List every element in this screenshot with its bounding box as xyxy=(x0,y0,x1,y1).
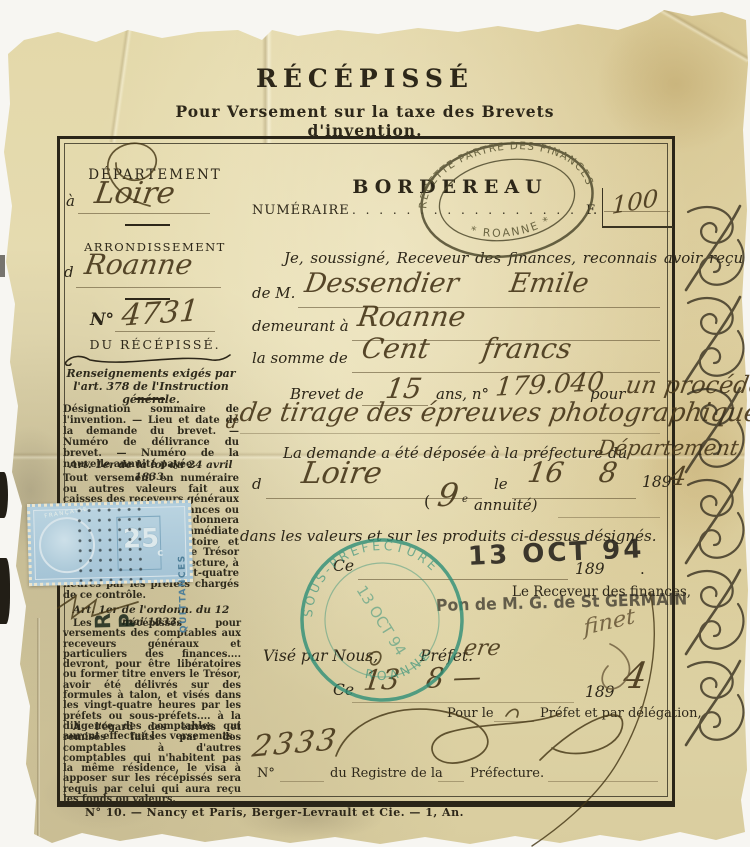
arrondissement-handwritten: Roanne xyxy=(82,248,195,281)
oval-recette-stamp: RECETTE PARTRE DES FINANCES * ROANNE * xyxy=(404,125,609,274)
torn-edge-shadow xyxy=(0,255,5,277)
divider-rule xyxy=(135,398,165,400)
amount-words-handwritten: Cent francs xyxy=(359,332,573,365)
blank-line xyxy=(548,780,658,782)
stain xyxy=(596,14,750,154)
fiscal-stamp: FRANÇAISE 25 c QUITTANCES R P xyxy=(27,500,193,586)
payer-name-handwritten: Dessendier Emile xyxy=(303,268,591,299)
departement-prefix: à xyxy=(66,192,75,210)
blank-line xyxy=(115,330,215,332)
crease xyxy=(37,618,40,836)
dept-prefix: d xyxy=(252,475,262,493)
blank-line xyxy=(240,432,660,434)
blank-line xyxy=(494,720,534,722)
blank-line xyxy=(558,516,660,518)
numero-handwritten: 4731 xyxy=(120,293,200,333)
pour-le-label: Pour le xyxy=(447,706,494,721)
numeraire-label: NUMÉRAIRE xyxy=(252,203,350,218)
blank-line xyxy=(76,286,221,288)
swash-divider xyxy=(62,352,234,366)
registre-no-label: N° xyxy=(257,766,275,781)
demeurant-label: demeurant à xyxy=(252,317,349,335)
fiscal-stamp-quittances-text: QUITTANCES xyxy=(178,571,190,633)
date-handwritten: 16 8 xyxy=(525,456,619,489)
recepisse-label: DU RÉCÉPISSÉ. xyxy=(80,337,230,352)
scanned-document: RÉCÉPISSÉ Pour Versement sur la taxe des… xyxy=(0,0,750,847)
numero-label: N° xyxy=(90,310,114,330)
printer-imprint: N° 10. — Nancy et Paris, Berger-Levrault… xyxy=(85,806,464,819)
torn-edge-shadow xyxy=(0,472,8,518)
departement-handwritten: Loire xyxy=(92,176,177,211)
divider-rule xyxy=(125,224,170,226)
green-stamp-inner-date: 13 OCT 94 xyxy=(353,582,410,659)
annuite-sup: e xyxy=(462,494,468,505)
fiscal-stamp-unit: c xyxy=(157,548,163,559)
de-m-label: de M. xyxy=(252,284,295,302)
blank-line xyxy=(298,306,660,308)
registre-end-label: Préfecture. xyxy=(470,766,544,781)
ce2-year: 189 xyxy=(585,683,615,701)
somme-label: la somme de xyxy=(252,349,348,367)
blank-line xyxy=(78,212,210,214)
art-ordonnance-paragraph-2: A l'égard des envois et remises faits pa… xyxy=(63,723,241,805)
blank-line xyxy=(438,780,464,782)
registre-mid-label: du Registre de la xyxy=(330,766,443,781)
renseignements-title: Renseignements exigés par l'art. 378 de … xyxy=(63,368,239,406)
le-label: le xyxy=(494,475,508,493)
paren-open: ( xyxy=(424,492,430,511)
torn-edge-shadow xyxy=(0,558,10,624)
perforation-dots xyxy=(74,504,149,582)
arrondissement-prefix: d xyxy=(64,263,74,281)
page-title: RÉCÉPISSÉ xyxy=(115,64,615,93)
dept-handwritten: Loire xyxy=(299,456,384,491)
brevet-object-handwritten-2: de tirage des épreuves photographiques xyxy=(238,398,750,428)
annuite-label: annuité) xyxy=(474,496,537,514)
scrollwork-border xyxy=(676,202,748,747)
blank-line xyxy=(280,780,324,782)
residence-handwritten: Roanne xyxy=(355,300,468,333)
